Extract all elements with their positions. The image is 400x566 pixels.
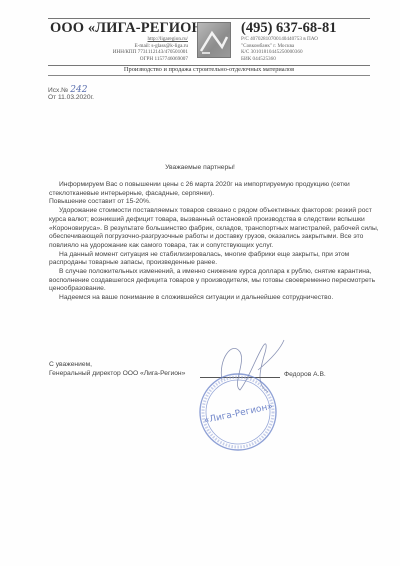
bik: БИК 044525360 bbox=[241, 56, 318, 63]
outgoing-label: Исх.№ bbox=[48, 87, 68, 94]
paragraph: Удорожание стоимости поставляемых товаро… bbox=[49, 207, 379, 251]
bank-details: Р/С 40702810700140440753 в ПАО "Совкомба… bbox=[241, 36, 318, 62]
letter-page: ООО «ЛИГА-РЕГИОН» http://ligaregion.ru/ … bbox=[0, 0, 400, 566]
paragraph: На данный момент ситуация не стабилизиро… bbox=[49, 251, 379, 268]
letter-body: Информируем Вас о повышении цены с 26 ма… bbox=[49, 181, 379, 303]
svg-text:«Лига-Регион»: «Лига-Регион» bbox=[203, 402, 274, 426]
ogrn: ОГРН 1157746069007 bbox=[113, 56, 188, 63]
company-tagline: Производство и продажа строительно-отдел… bbox=[48, 66, 370, 73]
header-rule-top bbox=[48, 18, 370, 19]
closing-block: С уважением, Генеральный директор ООО «Л… bbox=[49, 361, 185, 378]
bank-name: "Совкомбанк" г. Москва bbox=[241, 43, 318, 50]
inn-kpp: ИНН/КПП 7731112143/470501001 bbox=[113, 49, 188, 56]
letter-date: От 11.03.2020г. bbox=[48, 94, 94, 101]
email-line: E-mail: s-glass@k-liga.ru bbox=[113, 43, 188, 50]
account-number: Р/С 40702810700140440753 в ПАО bbox=[241, 36, 318, 43]
company-name: ООО «ЛИГА-РЕГИОН» bbox=[50, 20, 210, 37]
header-rule-bottom bbox=[48, 75, 370, 76]
corr-account: К/С 30101810445250000360 bbox=[241, 49, 318, 56]
letter-greeting: Уважаемые партнеры! bbox=[0, 164, 400, 171]
signer-title: Генеральный директор ООО «Лига-Регион» bbox=[49, 370, 185, 379]
closing-phrase: С уважением, bbox=[49, 361, 185, 370]
website-link[interactable]: http://ligaregion.ru/ bbox=[113, 36, 188, 43]
company-contacts: http://ligaregion.ru/ E-mail: s-glass@k-… bbox=[113, 36, 188, 62]
company-logo-icon bbox=[197, 22, 231, 58]
paragraph: В случае положительных изменений, а имен… bbox=[49, 268, 379, 294]
signer-name: Федоров А.В. bbox=[284, 371, 326, 378]
paragraph: Информируем Вас о повышении цены с 26 ма… bbox=[49, 181, 379, 198]
company-stamp-icon: «Лига-Регион» bbox=[196, 370, 280, 454]
company-phone: (495) 637-68-81 bbox=[241, 20, 336, 37]
paragraph: Повышение составит от 15-20%. bbox=[49, 198, 379, 207]
paragraph: Надеемся на ваше понимание в сложившейся… bbox=[49, 294, 379, 303]
